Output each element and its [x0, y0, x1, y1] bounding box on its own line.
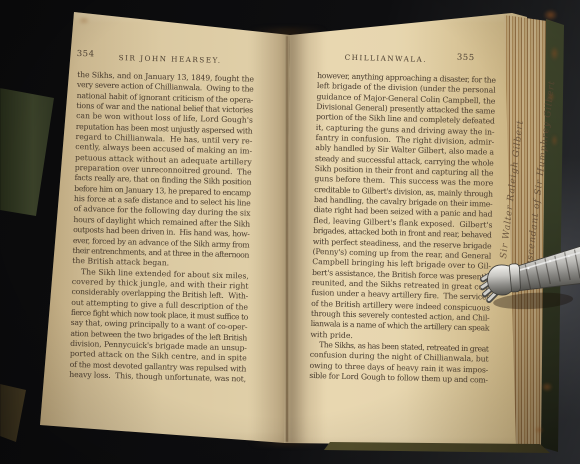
- left-cover-edge: [0, 88, 60, 223]
- gutter-fold-line: [286, 36, 288, 442]
- running-header-right: CHILLIANWALA.: [345, 53, 428, 64]
- running-header-left: SIR JOHN HEARSEY.: [119, 53, 222, 65]
- foxing-spot: [541, 382, 553, 392]
- right-page-header-row: CHILLIANWALA. 355: [316, 44, 497, 73]
- page-number-354: 354: [77, 48, 95, 58]
- foxing-spot: [534, 426, 544, 434]
- left-page-header-row: 354 SIR JOHN HEARSEY.: [76, 45, 255, 74]
- bookmark-hand-clip-icon: [478, 235, 580, 322]
- right-page-body: however, anything approaching a disaster…: [309, 71, 496, 386]
- text-line: with pride.: [310, 330, 353, 340]
- page-number-355: 355: [457, 52, 475, 62]
- book-photograph: 354 SIR JOHN HEARSEY. the Sikhs, and on …: [0, 0, 580, 464]
- left-cover-corner: [0, 380, 30, 444]
- foxing-spot: [551, 134, 558, 147]
- foxing-spot: [550, 46, 559, 61]
- left-page-body: the Sikhs, and on January 13, 1849, foug…: [69, 70, 254, 385]
- left-page-text: 354 SIR JOHN HEARSEY. the Sikhs, and on …: [68, 45, 255, 400]
- foxing-spot: [543, 9, 558, 21]
- right-page-text: CHILLIANWALA. 355 however, anything appr…: [308, 44, 497, 399]
- foxing-spot: [78, 16, 90, 25]
